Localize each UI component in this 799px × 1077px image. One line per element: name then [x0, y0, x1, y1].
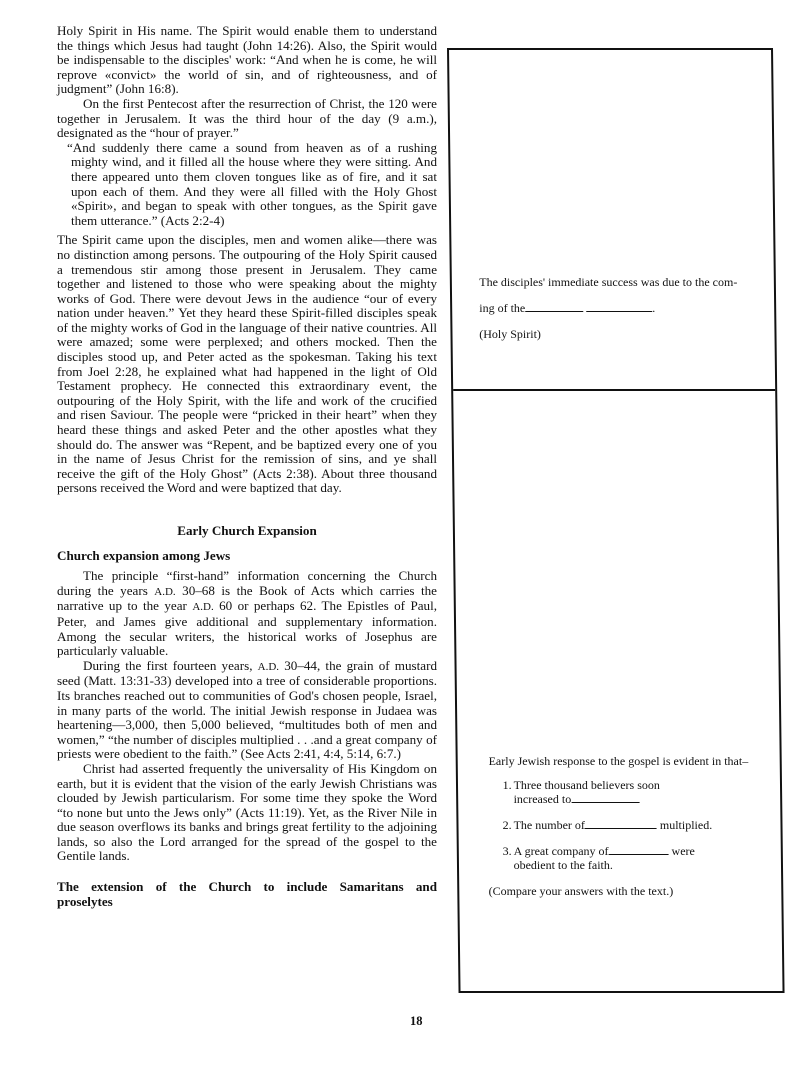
text-span: 30–44, the grain of mustard seed (Matt. …: [57, 658, 437, 762]
question-text: The disciples' immediate success was due…: [479, 275, 769, 289]
box-divider: [453, 389, 775, 391]
era-abbrev: A.D.: [154, 586, 175, 598]
era-abbrev: A.D.: [192, 601, 213, 613]
item-number: 1.: [503, 778, 514, 792]
subheading-expansion-among-jews: Church expansion among Jews: [57, 549, 437, 564]
item-text: The number of: [514, 818, 585, 832]
item-continuation: obedient to the faith.: [503, 858, 779, 872]
item-text: were: [669, 844, 695, 858]
item-text: multiplied.: [657, 818, 712, 832]
paragraph-spirit-came: The Spirit came upon the disciples, men …: [57, 233, 437, 496]
question-item-1: 1.Three thousand believers soon increase…: [503, 778, 779, 806]
main-text-column: Holy Spirit in His name. The Spirit woul…: [57, 24, 437, 909]
item-text: Three thousand believers soon: [514, 778, 660, 792]
subheading-samaritans-proselytes: The extension of the Church to include S…: [57, 880, 437, 909]
answer-blank-increased-to[interactable]: [571, 792, 639, 803]
answer-blank-company-of[interactable]: [609, 844, 669, 855]
question-text: ing of the: [479, 301, 525, 315]
answer-blank-2[interactable]: [586, 301, 652, 312]
item-continuation: increased to: [503, 792, 779, 806]
item-number: 3.: [503, 844, 514, 858]
question-intro: Early Jewish response to the gospel is e…: [489, 754, 779, 768]
paragraph-holy-spirit-promise: Holy Spirit in His name. The Spirit woul…: [57, 24, 437, 97]
item-text: A great company of: [514, 844, 609, 858]
question-jewish-response: Early Jewish response to the gospel is e…: [489, 754, 779, 910]
item-number: 2.: [503, 818, 514, 832]
question-fill-line: ing of the .: [479, 301, 769, 315]
page-number: 18: [410, 1014, 423, 1029]
paragraph-pentecost: On the first Pentecost after the resurre…: [57, 97, 437, 141]
answer-blank-1[interactable]: [525, 301, 583, 312]
text-span: During the first fourteen years,: [83, 658, 258, 673]
section-heading: Early Church Expansion: [57, 524, 437, 539]
paragraph-first-fourteen-years: During the first fourteen years, A.D. 30…: [57, 659, 437, 762]
era-abbrev: A.D.: [258, 661, 279, 673]
paragraph-universality: Christ had asserted frequently the unive…: [57, 762, 437, 864]
scripture-quote-acts-2: “And suddenly there came a sound from he…: [67, 141, 437, 229]
paragraph-sources: The principle “first-hand” information c…: [57, 569, 437, 659]
question-item-3: 3.A great company of were obedient to th…: [503, 844, 779, 872]
answer-key: (Holy Spirit): [479, 327, 769, 341]
answer-blank-number-of[interactable]: [585, 818, 657, 829]
question-items: 1.Three thousand believers soon increase…: [489, 778, 779, 872]
compare-note: (Compare your answers with the text.): [489, 884, 779, 898]
item-text: increased to: [514, 792, 572, 806]
question-holy-spirit: The disciples' immediate success was due…: [479, 275, 769, 353]
question-item-2: 2.The number of multiplied.: [503, 818, 779, 832]
workbook-box: The disciples' immediate success was due…: [447, 48, 785, 993]
punctuation: .: [652, 301, 655, 315]
